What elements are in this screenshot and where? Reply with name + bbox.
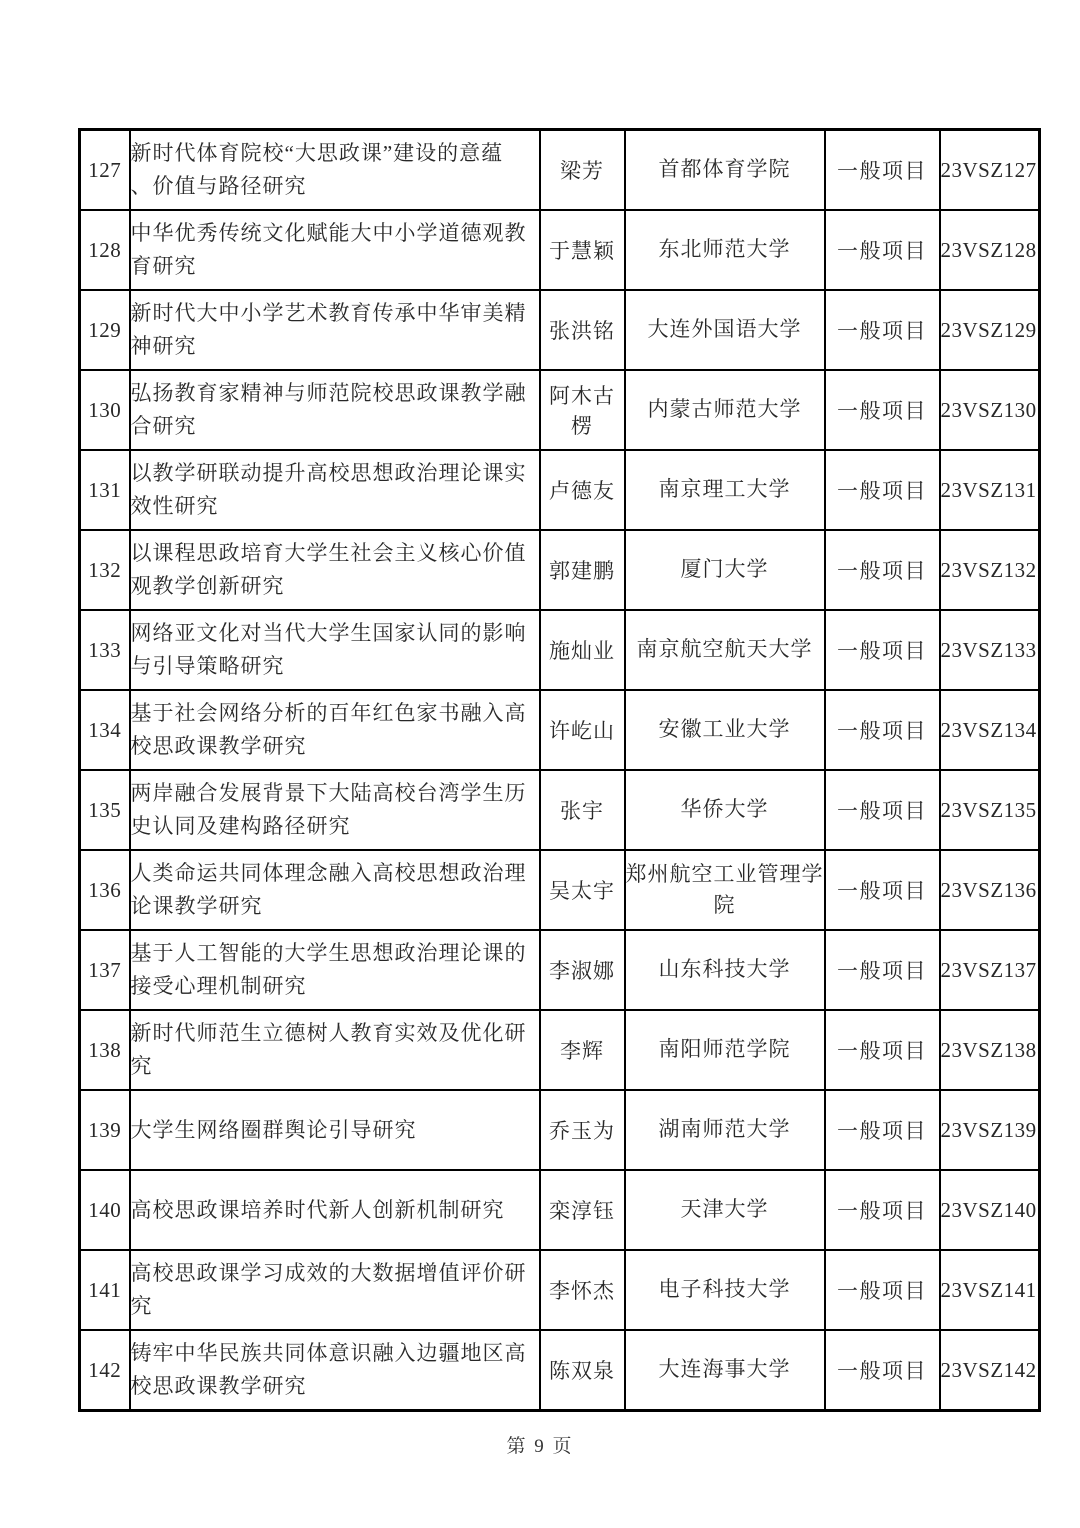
project-title-cell: 基于社会网络分析的百年红色家书融入高 校思政课教学研究 <box>130 690 540 770</box>
leader-name-cell: 张宇 <box>540 770 625 850</box>
project-category-cell: 一般项目 <box>825 930 940 1010</box>
project-title-cell: 高校思政课培养时代新人创新机制研究 <box>130 1170 540 1250</box>
project-category-cell: 一般项目 <box>825 690 940 770</box>
project-code-cell: 23VSZ129 <box>940 290 1040 370</box>
leader-name-cell: 于慧颖 <box>540 210 625 290</box>
project-code-cell: 23VSZ127 <box>940 130 1040 211</box>
leader-name-cell: 李辉 <box>540 1010 625 1090</box>
table-row: 138 新时代师范生立德树人教育实效及优化研 究 李辉 南阳师范学院 一般项目 … <box>80 1010 1040 1090</box>
institution-cell: 安徽工业大学 <box>625 690 825 770</box>
project-code-cell: 23VSZ134 <box>940 690 1040 770</box>
leader-name-cell: 郭建鹏 <box>540 530 625 610</box>
project-category-cell: 一般项目 <box>825 770 940 850</box>
page-number-footer: 第 9 页 <box>0 1431 1080 1458</box>
row-number-cell: 132 <box>80 530 130 610</box>
row-number-cell: 142 <box>80 1330 130 1411</box>
row-number-cell: 129 <box>80 290 130 370</box>
row-number-cell: 127 <box>80 130 130 211</box>
institution-cell: 电子科技大学 <box>625 1250 825 1330</box>
project-approval-table: 127 新时代体育院校“大思政课”建设的意蕴 、价值与路径研究 梁芳 首都体育学… <box>78 128 1041 1412</box>
leader-name-cell: 许屹山 <box>540 690 625 770</box>
project-category-cell: 一般项目 <box>825 530 940 610</box>
project-code-cell: 23VSZ128 <box>940 210 1040 290</box>
project-title-cell: 新时代大中小学艺术教育传承中华审美精 神研究 <box>130 290 540 370</box>
project-category-cell: 一般项目 <box>825 1170 940 1250</box>
leader-name-cell: 陈双泉 <box>540 1330 625 1411</box>
project-category-cell: 一般项目 <box>825 850 940 930</box>
leader-name-cell: 卢德友 <box>540 450 625 530</box>
row-number-cell: 135 <box>80 770 130 850</box>
project-category-cell: 一般项目 <box>825 1330 940 1411</box>
project-category-cell: 一般项目 <box>825 1090 940 1170</box>
project-title-cell: 网络亚文化对当代大学生国家认同的影响 与引导策略研究 <box>130 610 540 690</box>
table-row: 140 高校思政课培养时代新人创新机制研究 栾淳钰 天津大学 一般项目 23VS… <box>80 1170 1040 1250</box>
table-row: 129 新时代大中小学艺术教育传承中华审美精 神研究 张洪铭 大连外国语大学 一… <box>80 290 1040 370</box>
table-row: 127 新时代体育院校“大思政课”建设的意蕴 、价值与路径研究 梁芳 首都体育学… <box>80 130 1040 211</box>
row-number-cell: 134 <box>80 690 130 770</box>
row-number-cell: 136 <box>80 850 130 930</box>
project-code-cell: 23VSZ139 <box>940 1090 1040 1170</box>
table-body: 127 新时代体育院校“大思政课”建设的意蕴 、价值与路径研究 梁芳 首都体育学… <box>80 130 1040 1411</box>
leader-name-cell: 吴太宇 <box>540 850 625 930</box>
project-category-cell: 一般项目 <box>825 290 940 370</box>
project-code-cell: 23VSZ138 <box>940 1010 1040 1090</box>
project-code-cell: 23VSZ142 <box>940 1330 1040 1411</box>
institution-cell: 内蒙古师范大学 <box>625 370 825 450</box>
leader-name-cell: 乔玉为 <box>540 1090 625 1170</box>
project-title-cell: 以教学研联动提升高校思想政治理论课实 效性研究 <box>130 450 540 530</box>
institution-cell: 天津大学 <box>625 1170 825 1250</box>
project-code-cell: 23VSZ135 <box>940 770 1040 850</box>
project-code-cell: 23VSZ137 <box>940 930 1040 1010</box>
project-title-cell: 基于人工智能的大学生思想政治理论课的 接受心理机制研究 <box>130 930 540 1010</box>
project-title-cell: 人类命运共同体理念融入高校思想政治理 论课教学研究 <box>130 850 540 930</box>
table-row: 131 以教学研联动提升高校思想政治理论课实 效性研究 卢德友 南京理工大学 一… <box>80 450 1040 530</box>
row-number-cell: 128 <box>80 210 130 290</box>
institution-cell: 南京航空航天大学 <box>625 610 825 690</box>
table-row: 142 铸牢中华民族共同体意识融入边疆地区高 校思政课教学研究 陈双泉 大连海事… <box>80 1330 1040 1411</box>
table-row: 136 人类命运共同体理念融入高校思想政治理 论课教学研究 吴太宇 郑州航空工业… <box>80 850 1040 930</box>
project-title-cell: 中华优秀传统文化赋能大中小学道德观教 育研究 <box>130 210 540 290</box>
project-category-cell: 一般项目 <box>825 210 940 290</box>
leader-name-cell: 梁芳 <box>540 130 625 211</box>
row-number-cell: 133 <box>80 610 130 690</box>
project-category-cell: 一般项目 <box>825 1250 940 1330</box>
institution-cell: 山东科技大学 <box>625 930 825 1010</box>
table-row: 135 两岸融合发展背景下大陆高校台湾学生历 史认同及建构路径研究 张宇 华侨大… <box>80 770 1040 850</box>
row-number-cell: 137 <box>80 930 130 1010</box>
leader-name-cell: 李淑娜 <box>540 930 625 1010</box>
table-row: 139 大学生网络圈群舆论引导研究 乔玉为 湖南师范大学 一般项目 23VSZ1… <box>80 1090 1040 1170</box>
row-number-cell: 141 <box>80 1250 130 1330</box>
row-number-cell: 138 <box>80 1010 130 1090</box>
institution-cell: 厦门大学 <box>625 530 825 610</box>
leader-name-cell: 张洪铭 <box>540 290 625 370</box>
leader-name-cell: 施灿业 <box>540 610 625 690</box>
project-category-cell: 一般项目 <box>825 370 940 450</box>
table-row: 141 高校思政课学习成效的大数据增值评价研 究 李怀杰 电子科技大学 一般项目… <box>80 1250 1040 1330</box>
table-row: 128 中华优秀传统文化赋能大中小学道德观教 育研究 于慧颖 东北师范大学 一般… <box>80 210 1040 290</box>
project-code-cell: 23VSZ130 <box>940 370 1040 450</box>
project-code-cell: 23VSZ136 <box>940 850 1040 930</box>
project-code-cell: 23VSZ131 <box>940 450 1040 530</box>
leader-name-cell: 栾淳钰 <box>540 1170 625 1250</box>
project-code-cell: 23VSZ141 <box>940 1250 1040 1330</box>
project-title-cell: 高校思政课学习成效的大数据增值评价研 究 <box>130 1250 540 1330</box>
institution-cell: 华侨大学 <box>625 770 825 850</box>
project-title-cell: 以课程思政培育大学生社会主义核心价值 观教学创新研究 <box>130 530 540 610</box>
institution-cell: 南京理工大学 <box>625 450 825 530</box>
project-code-cell: 23VSZ133 <box>940 610 1040 690</box>
table-row: 137 基于人工智能的大学生思想政治理论课的 接受心理机制研究 李淑娜 山东科技… <box>80 930 1040 1010</box>
project-title-cell: 新时代体育院校“大思政课”建设的意蕴 、价值与路径研究 <box>130 130 540 211</box>
row-number-cell: 131 <box>80 450 130 530</box>
project-title-cell: 两岸融合发展背景下大陆高校台湾学生历 史认同及建构路径研究 <box>130 770 540 850</box>
institution-cell: 湖南师范大学 <box>625 1090 825 1170</box>
leader-name-cell: 阿木古楞 <box>540 370 625 450</box>
project-title-cell: 铸牢中华民族共同体意识融入边疆地区高 校思政课教学研究 <box>130 1330 540 1411</box>
institution-cell: 大连外国语大学 <box>625 290 825 370</box>
project-category-cell: 一般项目 <box>825 450 940 530</box>
project-code-cell: 23VSZ132 <box>940 530 1040 610</box>
project-code-cell: 23VSZ140 <box>940 1170 1040 1250</box>
table-row: 132 以课程思政培育大学生社会主义核心价值 观教学创新研究 郭建鹏 厦门大学 … <box>80 530 1040 610</box>
table-row: 133 网络亚文化对当代大学生国家认同的影响 与引导策略研究 施灿业 南京航空航… <box>80 610 1040 690</box>
row-number-cell: 140 <box>80 1170 130 1250</box>
table-row: 134 基于社会网络分析的百年红色家书融入高 校思政课教学研究 许屹山 安徽工业… <box>80 690 1040 770</box>
project-title-cell: 弘扬教育家精神与师范院校思政课教学融 合研究 <box>130 370 540 450</box>
institution-cell: 大连海事大学 <box>625 1330 825 1411</box>
institution-cell: 东北师范大学 <box>625 210 825 290</box>
project-category-cell: 一般项目 <box>825 610 940 690</box>
row-number-cell: 139 <box>80 1090 130 1170</box>
institution-cell: 首都体育学院 <box>625 130 825 211</box>
project-title-cell: 新时代师范生立德树人教育实效及优化研 究 <box>130 1010 540 1090</box>
table-row: 130 弘扬教育家精神与师范院校思政课教学融 合研究 阿木古楞 内蒙古师范大学 … <box>80 370 1040 450</box>
project-category-cell: 一般项目 <box>825 130 940 211</box>
project-category-cell: 一般项目 <box>825 1010 940 1090</box>
institution-cell: 郑州航空工业管理学 院 <box>625 850 825 930</box>
row-number-cell: 130 <box>80 370 130 450</box>
project-title-cell: 大学生网络圈群舆论引导研究 <box>130 1090 540 1170</box>
institution-cell: 南阳师范学院 <box>625 1010 825 1090</box>
leader-name-cell: 李怀杰 <box>540 1250 625 1330</box>
